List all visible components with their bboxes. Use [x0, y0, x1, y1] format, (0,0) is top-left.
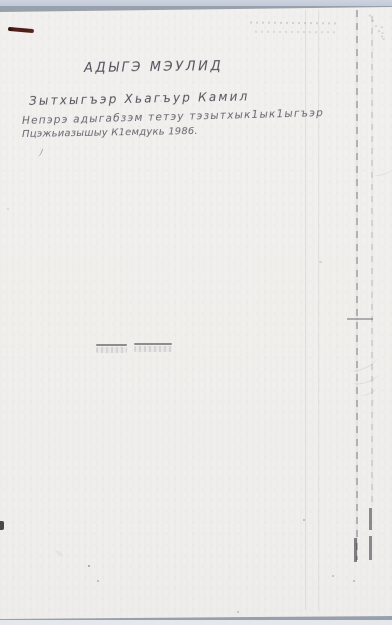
ink-speck: [7, 208, 9, 210]
handwritten-author-line: Зытхыгъэр Хьагъур Камил: [29, 89, 250, 108]
left-edge-dark-mark: [0, 521, 4, 530]
ink-speck: [97, 580, 99, 582]
handwritten-note-line-1: Непэрэ адыгабзэм тетэу тэзытхык1ык1ыгъэр: [22, 107, 324, 127]
ink-speck: [160, 100, 162, 102]
grime-trail-1: [250, 22, 340, 25]
ink-speck: [319, 261, 322, 263]
paper-sheet: АДЫГЭ МЭУЛИД Зытхыгъэр Хьагъур Камил Неп…: [0, 0, 392, 625]
faint-pencil-scribble-1: [347, 352, 379, 374]
scanner-edge-top-band: [0, 0, 392, 6]
scan-streak-vertical-1: [305, 10, 306, 610]
stray-pen-mark: [37, 148, 44, 158]
ink-speck: [237, 611, 239, 613]
cross-dash-artifact: [347, 318, 373, 320]
handwritten-title: АДЫГЭ МЭУЛИД: [84, 59, 223, 76]
red-marker-stroke: [8, 27, 34, 33]
scan-streak-vertical-2: [318, 10, 319, 610]
scan-streak-vertical-4: [371, 16, 373, 506]
ink-speck: [303, 519, 305, 521]
faint-pencil-scribble-3: [359, 383, 378, 398]
erased-smudge-mark-1: [96, 344, 127, 353]
scan-streak-dark-segment-1: [354, 538, 357, 562]
handwritten-note-line-2: Пцэжьиазышыу К1емдукь 1986.: [22, 126, 198, 140]
scanned-document: АДЫГЭ МЭУЛИД Зытхыгъэр Хьагъур Камил Неп…: [0, 0, 392, 625]
ink-speck: [88, 565, 90, 567]
grime-trail-2: [255, 31, 335, 34]
scanner-edge-bottom-band: [0, 620, 392, 625]
erased-smudge-mark-2: [134, 343, 172, 352]
scan-streak-vertical-3: [356, 10, 358, 560]
ink-speck: [332, 575, 334, 577]
scan-streak-dark-segment-3: [369, 536, 372, 560]
scan-streak-dark-segment-2: [369, 508, 372, 530]
faint-pencil-scribble-4: [374, 166, 392, 177]
ink-speck: [353, 580, 355, 582]
grime-trail-4: [380, 26, 385, 44]
faint-smear: [55, 550, 64, 558]
